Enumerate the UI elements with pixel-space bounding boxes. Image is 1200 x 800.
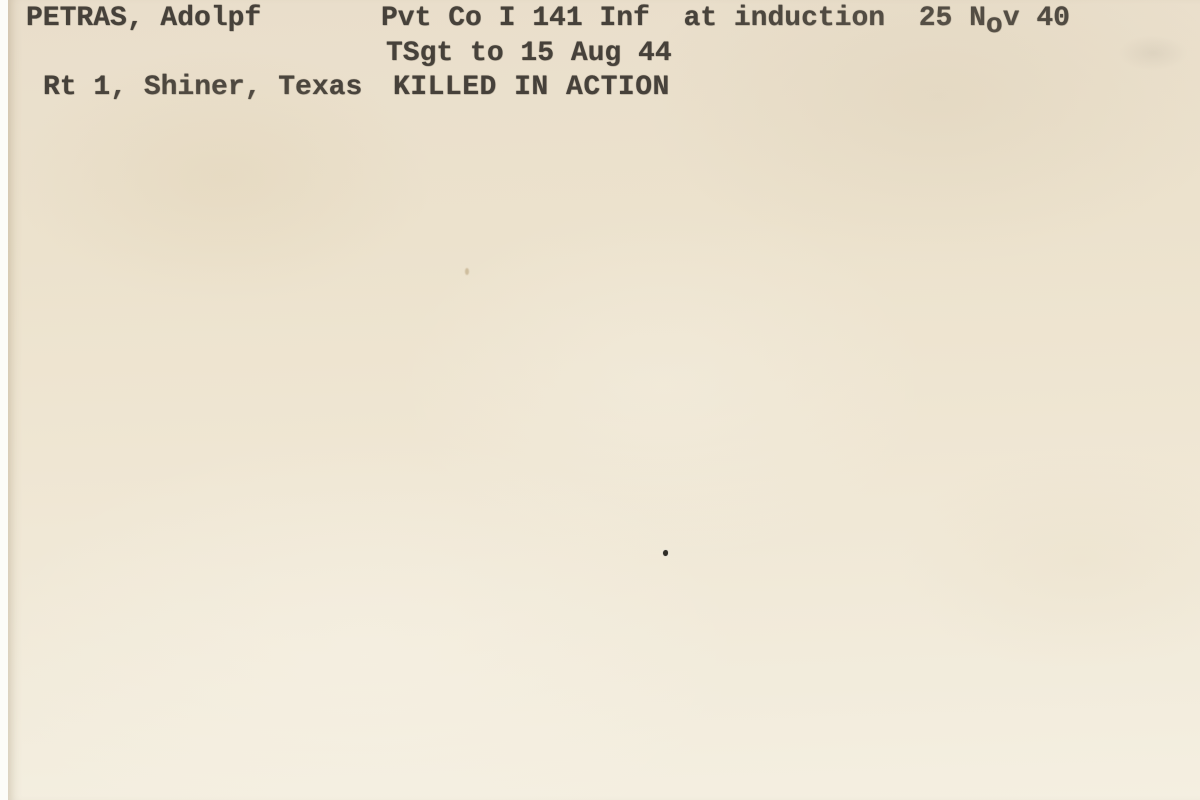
service-record-text-start: Pvt Co I 141 Inf at induction 25 N [381, 3, 986, 34]
ink-dot [663, 550, 668, 556]
paper-smudge [1118, 35, 1188, 71]
home-address: Rt 1, Shiner, Texas [43, 72, 362, 104]
service-record-text-end: v 40 [1003, 3, 1070, 34]
service-record-line: Pvt Co I 141 Inf at induction 25 Nov 40 [381, 3, 1070, 35]
soldier-name: PETRAS, Adolpf [26, 3, 261, 35]
scanned-index-card: PETRAS, Adolpf Pvt Co I 141 Inf at induc… [0, 0, 1200, 800]
promotion-line: TSgt to 15 Aug 44 [386, 38, 672, 70]
service-record-subscript-o: o [986, 10, 1003, 41]
index-card-paper: PETRAS, Adolpf Pvt Co I 141 Inf at induc… [8, 0, 1200, 800]
casualty-status: KILLED IN ACTION [393, 72, 670, 104]
paper-speck [465, 268, 469, 275]
